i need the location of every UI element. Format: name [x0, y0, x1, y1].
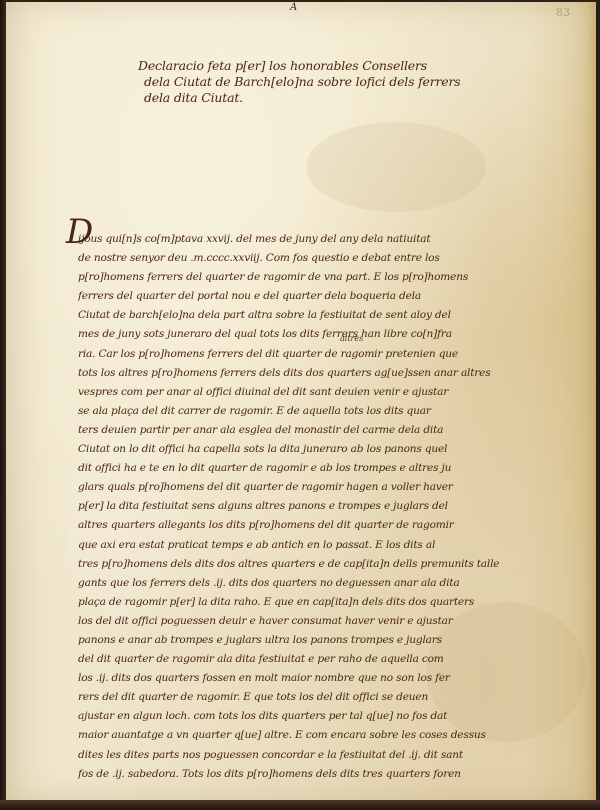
text-line: que axi era estat praticat temps e ab an… — [78, 536, 538, 555]
page-right-fold — [588, 2, 596, 800]
text-line: ijous qui[n]s co[m]ptava xxvij. del mes … — [78, 230, 538, 249]
text-line: vespres com per anar al offici diuinal d… — [78, 383, 538, 402]
page-bottom-edge — [0, 800, 600, 810]
text-line: dit offici ha e te en lo dit quarter de … — [78, 459, 538, 478]
text-line: dites les dites parts nos poguessen conc… — [78, 746, 538, 765]
text-line: se ala plaça del dit carrer de ragomir. … — [78, 402, 538, 421]
text-line: tres p[ro]homens dels dits dos altres qu… — [78, 555, 538, 574]
text-line: los .ij. dits dos quarters fossen en mol… — [78, 669, 538, 688]
text-line: ters deuien partir per anar ala esglea d… — [78, 421, 538, 440]
text-line: fos de .ij. sabedora. Tots los dits p[ro… — [78, 765, 538, 784]
text-line: de nostre senyor deu .m.cccc.xxviij. Com… — [78, 249, 538, 268]
text-line: p[er] la dita festiuitat sens alguns alt… — [78, 497, 538, 516]
text-line: ferrers del quarter del portal nou e del… — [78, 287, 538, 306]
text-line: mes de juny sots juneraro del qual tots … — [78, 325, 538, 344]
text-line: maior auantatge a vn quarter q[ue] altre… — [78, 726, 538, 745]
text-line: altres quarters allegants los dits p[ro]… — [78, 516, 538, 535]
text-line: ajustar en algun loch. com tots los dits… — [78, 707, 538, 726]
text-line: p[ro]homens ferrers del quarter de ragom… — [78, 268, 538, 287]
text-line: ria. Car los p[ro]homens ferrers del dit… — [78, 345, 538, 364]
text-line: los del dit offici poguessen deuir e hav… — [78, 612, 538, 631]
heading-line: Declaracio feta p[er] los honorables Con… — [138, 58, 538, 74]
text-line: tots los altres p[ro]homens ferrers dels… — [78, 364, 538, 383]
rubric-heading: Declaracio feta p[er] los honorables Con… — [138, 58, 538, 106]
top-mark: A — [290, 2, 297, 13]
parchment-stain — [306, 122, 486, 212]
heading-line: dela dita Ciutat. — [138, 90, 538, 106]
text-line: del dit quarter de ragomir ala dita fest… — [78, 650, 538, 669]
text-line: panons e anar ab trompes e juglars ultra… — [78, 631, 538, 650]
text-line: Ciutat de barch[elo]na dela part altra s… — [78, 306, 538, 325]
main-text-block: ijous qui[n]s co[m]ptava xxvij. del mes … — [78, 230, 538, 784]
text-line: plaça de ragomir p[er] la dita raho. E q… — [78, 593, 538, 612]
text-line: glars quals p[ro]homens del dit quarter … — [78, 478, 538, 497]
text-line: Ciutat on lo dit offici ha capella sots … — [78, 440, 538, 459]
text-line: gants que los ferrers dels .ij. dits dos… — [78, 574, 538, 593]
heading-line: dela Ciutat de Barch[elo]na sobre lofici… — [138, 74, 538, 90]
folio-number: 83 — [556, 6, 570, 19]
text-line: rers del dit quarter de ragomir. E que t… — [78, 688, 538, 707]
